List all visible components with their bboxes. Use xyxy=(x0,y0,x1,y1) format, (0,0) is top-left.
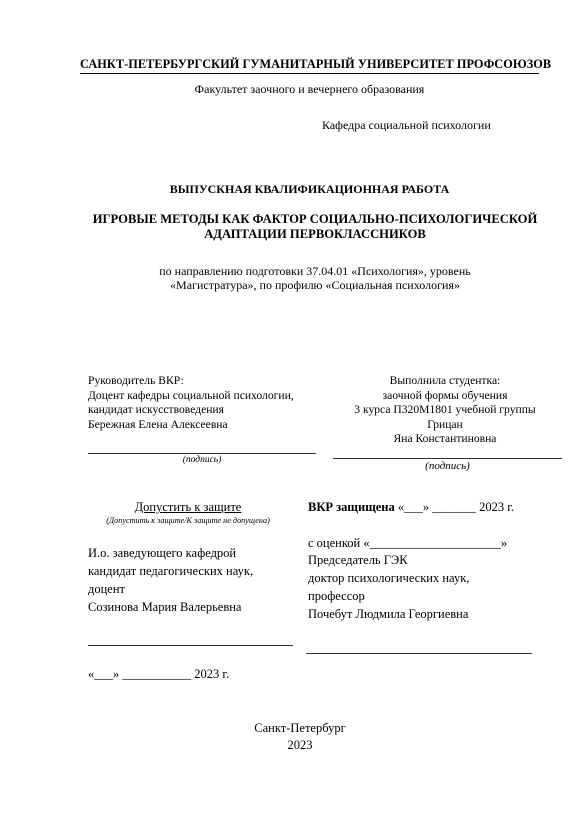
admission-date: «___» ___________ 2023 г. xyxy=(88,667,229,682)
document-type: ВЫПУСКНАЯ КВАЛИФИКАЦИОННАЯ РАБОТА xyxy=(80,182,539,197)
chair-rank: профессор xyxy=(308,587,469,605)
admission-status: Допустить к защите xyxy=(88,500,288,515)
supervisor-label: Руководитель ВКР: xyxy=(88,374,294,389)
supervisor-block: Руководитель ВКР: Доцент кафедры социаль… xyxy=(88,374,294,432)
defense-date: «___» _______ 2023 г. xyxy=(395,500,514,514)
student-surname: Грицан xyxy=(330,418,560,433)
admission-date-blank: ___________ xyxy=(122,667,191,681)
head-degree: кандидат педагогических наук, xyxy=(88,562,253,580)
student-block: Выполнила студентка: заочной формы обуче… xyxy=(330,374,560,447)
head-title: И.о. заведующего кафедрой xyxy=(88,544,253,562)
grade-line: с оценкой «_____________________» xyxy=(308,536,507,551)
study-direction: по направлению подготовки 37.04.01 «Псих… xyxy=(80,264,550,292)
chair-title: Председатель ГЭК xyxy=(308,551,469,569)
supervisor-signature-caption: (подпись) xyxy=(88,455,316,465)
student-name: Яна Константиновна xyxy=(330,432,560,447)
footer-city: Санкт-Петербург xyxy=(80,720,520,737)
admission-date-prefix: «___» xyxy=(88,667,122,681)
university-name: САНКТ-ПЕТЕРБУРГСКИЙ ГУМАНИТАРНЫЙ УНИВЕРС… xyxy=(80,57,539,74)
student-signature-caption: (подпись) xyxy=(333,460,562,472)
chair-signature-line xyxy=(306,653,532,654)
supervisor-name: Бережная Елена Алексеевна xyxy=(88,418,294,433)
head-signature-line xyxy=(88,645,293,646)
chair-name: Почебут Людмила Георгиевна xyxy=(308,605,469,623)
student-group: 3 курса П320М1801 учебной группы xyxy=(330,403,560,418)
study-direction-line2: «Магистратура», по профилю «Социальная п… xyxy=(80,278,550,292)
thesis-title-line1: ИГРОВЫЕ МЕТОДЫ КАК ФАКТОР СОЦИАЛЬНО-ПСИХ… xyxy=(80,212,550,227)
supervisor-degree: кандидат искусствоведения xyxy=(88,403,294,418)
student-label: Выполнила студентка: xyxy=(330,374,560,389)
grade-prefix: с оценкой « xyxy=(308,536,370,550)
study-direction-line1: по направлению подготовки 37.04.01 «Псих… xyxy=(80,264,550,278)
department-name: Кафедра социальной психологии xyxy=(322,118,491,133)
footer: Санкт-Петербург 2023 xyxy=(80,720,520,754)
thesis-title-line2: АДАПТАЦИИ ПЕРВОКЛАССНИКОВ xyxy=(80,227,550,242)
admission-note: (Допустить к защите/К защите не допущена… xyxy=(88,516,288,525)
head-rank: доцент xyxy=(88,580,253,598)
defense-label: ВКР защищена xyxy=(308,500,395,514)
student-signature-line xyxy=(333,458,562,459)
footer-year: 2023 xyxy=(80,737,520,754)
chair-degree: доктор психологических наук, xyxy=(308,569,469,587)
grade-suffix: » xyxy=(501,536,507,550)
supervisor-signature-line xyxy=(88,453,316,454)
admission-date-suffix: 2023 г. xyxy=(191,667,229,681)
gek-chair-block: Председатель ГЭК доктор психологических … xyxy=(308,551,469,623)
supervisor-position: Доцент кафедры социальной психологии, xyxy=(88,389,294,404)
thesis-title: ИГРОВЫЕ МЕТОДЫ КАК ФАКТОР СОЦИАЛЬНО-ПСИХ… xyxy=(80,212,550,242)
faculty-name: Факультет заочного и вечернего образован… xyxy=(80,82,539,97)
head-name: Созинова Мария Валерьевна xyxy=(88,598,253,616)
student-form: заочной формы обучения xyxy=(330,389,560,404)
defense-line: ВКР защищена «___» _______ 2023 г. xyxy=(308,500,514,515)
grade-blank: _____________________ xyxy=(370,536,501,550)
department-head-block: И.о. заведующего кафедрой кандидат педаг… xyxy=(88,544,253,616)
